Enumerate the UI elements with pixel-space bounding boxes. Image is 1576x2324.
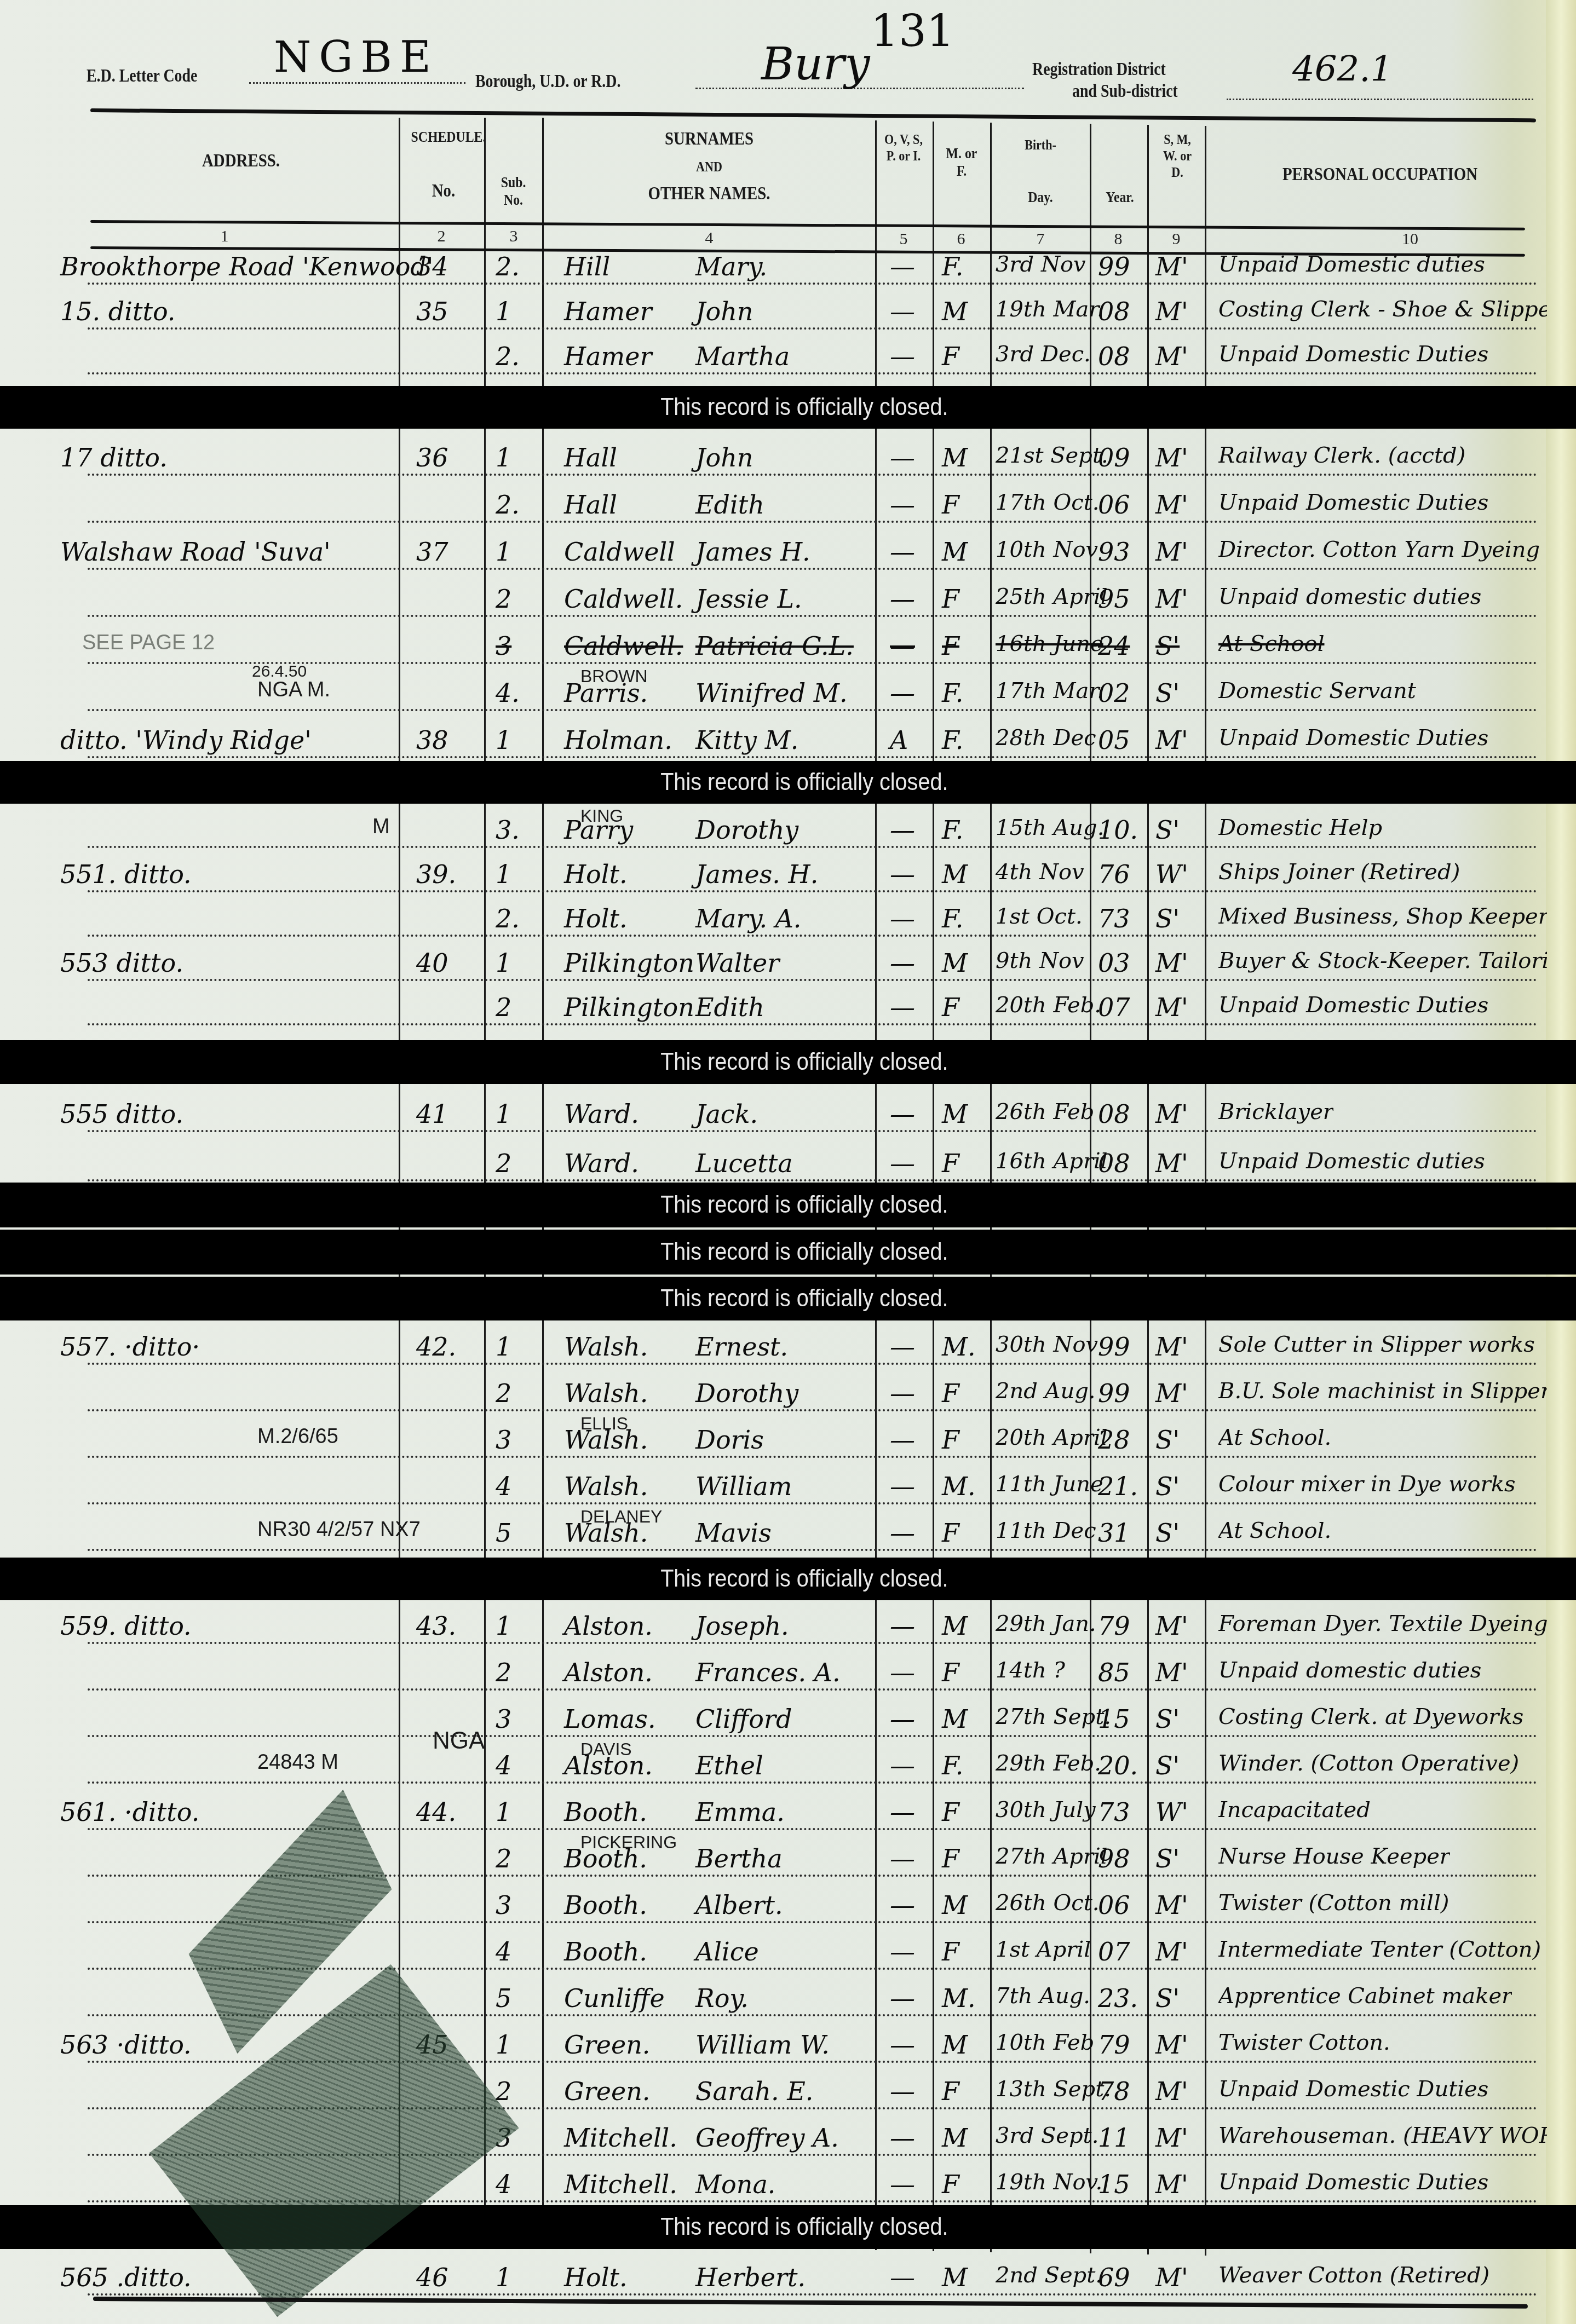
cell-surname: Walsh. bbox=[564, 1379, 648, 1408]
cell-surname: Hall bbox=[564, 490, 617, 520]
cell-sex: F. bbox=[942, 252, 963, 281]
cell-sub: 1 bbox=[496, 1611, 511, 1641]
table-row: 17 ditto.361HallJohn—M21st Sept.09M'Rail… bbox=[0, 430, 1576, 477]
col-header-address: ADDRESS. bbox=[129, 151, 353, 171]
cell-year: 73 bbox=[1098, 1797, 1130, 1827]
cell-occupation: Unpaid Domestic Duties bbox=[1218, 993, 1488, 1018]
cell-occupation: Unpaid domestic duties bbox=[1218, 1658, 1481, 1683]
cell-address: 555 ditto. bbox=[60, 1099, 183, 1129]
cell-forename: Mary. A. bbox=[695, 904, 801, 933]
row-rule bbox=[88, 709, 1538, 711]
cell-day: 29th Jan. bbox=[996, 1611, 1096, 1636]
cell-sex: F. bbox=[942, 904, 963, 933]
cell-sub: 1 bbox=[496, 1797, 511, 1827]
cell-forename: Walter bbox=[695, 948, 779, 978]
cell-sex: F bbox=[942, 631, 959, 661]
cell-no: 39. bbox=[416, 860, 456, 889]
cell-ovspi: — bbox=[890, 1099, 915, 1129]
cell-day: 19th Mar. bbox=[996, 297, 1104, 322]
row-rule bbox=[88, 2014, 1538, 2016]
cell-sub: 4 bbox=[496, 2170, 511, 2199]
cell-ovspi: — bbox=[890, 443, 915, 472]
row-rule bbox=[88, 568, 1538, 570]
cell-day: 27th Sept. bbox=[996, 1704, 1111, 1729]
cell-sub: 1 bbox=[496, 2263, 511, 2292]
cell-occupation: At School. bbox=[1218, 1425, 1331, 1450]
cell-no: 43. bbox=[416, 1611, 456, 1641]
surname-correction-annotation: DELANEY bbox=[580, 1507, 662, 1527]
surname-correction-annotation: DAVIS bbox=[580, 1739, 632, 1760]
table-row: NR30 4/2/57 NX75Walsh.Mavis—F11th Dec31S… bbox=[0, 1506, 1576, 1552]
closed-record-band: This record is officially closed. bbox=[0, 386, 1576, 429]
cell-forename: Ernest. bbox=[695, 1332, 788, 1362]
cell-occupation: Winder. (Cotton Operative) bbox=[1218, 1751, 1519, 1776]
cell-forename: Emma. bbox=[695, 1797, 785, 1827]
cell-no: 37 bbox=[416, 537, 448, 567]
cell-day: 27th April bbox=[996, 1844, 1108, 1869]
cell-status: M' bbox=[1155, 1149, 1188, 1178]
col-header-schedule: SCHEDULE. bbox=[411, 129, 476, 146]
row-rule bbox=[88, 846, 1538, 848]
table-row: ditto. 'Windy Ridge'381Holman.Kitty M.AF… bbox=[0, 712, 1576, 759]
row-rule bbox=[88, 979, 1538, 981]
cell-ovspi: — bbox=[890, 1425, 915, 1455]
cell-sub: 2 bbox=[496, 993, 511, 1022]
cell-ovspi: — bbox=[890, 1149, 915, 1178]
cell-occupation: Railway Clerk. (acctd) bbox=[1218, 443, 1465, 468]
cell-day: 28th Dec bbox=[996, 725, 1096, 751]
cell-sub: 3 bbox=[496, 1425, 511, 1455]
surname-correction-annotation: KING bbox=[580, 806, 623, 826]
row-rule bbox=[88, 935, 1538, 937]
table-row: M3.ParryDorothy—F.15th Aug.10.S'Domestic… bbox=[0, 805, 1576, 849]
cell-sex: F bbox=[942, 1518, 959, 1548]
cell-ovspi: — bbox=[890, 815, 915, 845]
cell-ovspi: — bbox=[890, 678, 915, 708]
cell-address: ditto. 'Windy Ridge' bbox=[60, 725, 312, 755]
cell-sex: F bbox=[942, 2077, 959, 2106]
cell-surname: Alston. bbox=[564, 1658, 653, 1687]
cell-address: Brookthorpe Road 'Kenwood' bbox=[60, 252, 433, 281]
cell-surname: Walsh. bbox=[564, 1332, 648, 1362]
cell-ovspi: — bbox=[890, 1751, 915, 1780]
table-row: 4Walsh.William—M.11th June21.S'Colour mi… bbox=[0, 1459, 1576, 1506]
cell-sex: M. bbox=[942, 1332, 976, 1362]
cell-no: 42. bbox=[416, 1332, 456, 1362]
cell-day: 19th Nov. bbox=[996, 2170, 1102, 2195]
cell-forename: Patricia G.L. bbox=[695, 631, 854, 661]
cell-occupation: Apprentice Cabinet maker bbox=[1218, 1983, 1512, 2009]
cell-surname: Mitchell. bbox=[564, 2170, 677, 2199]
cell-year: 21. bbox=[1098, 1472, 1138, 1501]
cell-day: 26th Oct. bbox=[996, 1890, 1099, 1916]
cell-ovspi: — bbox=[890, 860, 915, 889]
cell-occupation: Nurse House Keeper bbox=[1218, 1844, 1450, 1869]
cell-occupation: Director. Cotton Yarn Dyeing bbox=[1218, 537, 1540, 562]
cell-year: 02 bbox=[1098, 678, 1130, 708]
cell-surname: Cunliffe bbox=[564, 1983, 665, 2013]
cell-sex: M bbox=[942, 2030, 968, 2060]
cell-sex: F. bbox=[942, 1751, 963, 1780]
cell-day: 1st Oct. bbox=[996, 904, 1083, 929]
col-header-surnames-3: OTHER NAMES. bbox=[572, 183, 847, 204]
cell-day: 30th Nov bbox=[996, 1332, 1098, 1357]
cell-address: M bbox=[372, 815, 390, 839]
row-rule bbox=[88, 756, 1538, 758]
cell-ovspi: — bbox=[890, 1983, 915, 2013]
cell-surname: Hamer bbox=[564, 342, 652, 371]
cell-occupation: Bricklayer bbox=[1218, 1099, 1333, 1124]
cell-year: 10. bbox=[1098, 815, 1138, 845]
cell-status: S' bbox=[1155, 1751, 1180, 1780]
cell-forename: Martha bbox=[695, 342, 790, 371]
col-header-surnames-1: SURNAMES bbox=[572, 129, 847, 149]
row-rule bbox=[88, 1688, 1538, 1691]
cell-forename: Herbert. bbox=[695, 2263, 806, 2292]
borough-value: Bury bbox=[761, 38, 870, 90]
col-header-sex: M. or F. bbox=[940, 145, 983, 180]
cell-status: M' bbox=[1155, 252, 1188, 281]
cell-no: 41 bbox=[416, 1099, 448, 1129]
cell-surname: Ward. bbox=[564, 1099, 639, 1129]
cell-sub: 2. bbox=[496, 252, 520, 281]
row-rule bbox=[88, 1023, 1538, 1025]
cell-sub: 1 bbox=[496, 537, 511, 567]
cell-address: 15. ditto. bbox=[60, 297, 175, 326]
cell-forename: William bbox=[695, 1472, 792, 1501]
cell-forename: Edith bbox=[695, 993, 764, 1022]
closed-record-text: This record is officially closed. bbox=[660, 769, 948, 796]
cell-status: S' bbox=[1155, 1518, 1180, 1548]
cell-occupation: At School. bbox=[1218, 1518, 1331, 1543]
cell-status: M' bbox=[1155, 342, 1188, 371]
closed-record-band: This record is officially closed. bbox=[0, 761, 1576, 804]
cell-ovspi: — bbox=[890, 2170, 915, 2199]
cell-sex: F bbox=[942, 1844, 959, 1873]
row-rule bbox=[88, 1363, 1538, 1365]
col-header-occupation: PERSONAL OCCUPATION bbox=[1240, 164, 1520, 185]
cell-day: 4th Nov bbox=[996, 860, 1084, 885]
cell-year: 95 bbox=[1098, 584, 1130, 614]
cell-status: S' bbox=[1155, 904, 1180, 933]
surname-correction-annotation: PICKERING bbox=[580, 1832, 677, 1853]
registration-value: 462.1 bbox=[1292, 49, 1393, 90]
cell-year: 08 bbox=[1098, 342, 1130, 371]
table-row: M.2/6/653Walsh.Doris—F20th April28S'At S… bbox=[0, 1412, 1576, 1459]
page-number: 131 bbox=[871, 5, 954, 56]
cell-day: 25th April bbox=[996, 584, 1108, 609]
cell-occupation: At School bbox=[1218, 631, 1325, 656]
cell-forename: Kitty M. bbox=[695, 725, 798, 755]
cell-forename: Mona. bbox=[695, 2170, 775, 2199]
cell-ovspi: — bbox=[890, 297, 915, 326]
table-row: 2PilkingtonEdith—F20th Feb.07M'Unpaid Do… bbox=[0, 982, 1576, 1027]
cell-sub: 1 bbox=[496, 725, 511, 755]
cell-sub: 1 bbox=[496, 860, 511, 889]
cell-address: NR30 4/2/57 NX7 bbox=[257, 1518, 421, 1542]
ed-letter-code-value: NGBE bbox=[274, 33, 439, 82]
cell-forename: Doris bbox=[695, 1425, 764, 1455]
cell-no: 44. bbox=[416, 1797, 456, 1827]
cell-year: 06 bbox=[1098, 1890, 1130, 1920]
cell-sex: F. bbox=[942, 678, 963, 708]
cell-sub: 2 bbox=[496, 1844, 511, 1873]
closed-record-text: This record is officially closed. bbox=[660, 1565, 948, 1593]
cell-ovspi: — bbox=[890, 1379, 915, 1408]
cell-sub: 4 bbox=[496, 1472, 511, 1501]
cell-sub: 4 bbox=[496, 1937, 511, 1967]
table-row: 553 ditto.401PilkingtonWalter—M9th Nov03… bbox=[0, 938, 1576, 982]
cell-status: W' bbox=[1155, 1797, 1188, 1827]
col-header-birth: Birth- bbox=[1001, 137, 1080, 153]
cell-sex: F bbox=[942, 1658, 959, 1687]
cell-status: M' bbox=[1155, 1658, 1188, 1687]
cell-year: 79 bbox=[1098, 2030, 1130, 2060]
row-rule bbox=[88, 372, 1538, 374]
cell-ovspi: — bbox=[890, 1332, 915, 1362]
closed-record-text: This record is officially closed. bbox=[660, 1191, 948, 1219]
cell-day: 20th Feb. bbox=[996, 993, 1101, 1018]
cell-ovspi: — bbox=[890, 1472, 915, 1501]
cell-day: 1st April bbox=[996, 1937, 1091, 1962]
cell-ovspi: — bbox=[890, 490, 915, 520]
cell-ovspi: — bbox=[890, 1611, 915, 1641]
cell-day: 17th Mar. bbox=[996, 678, 1104, 703]
cell-address: 563 ·ditto. bbox=[60, 2030, 192, 2060]
cell-no: 38 bbox=[416, 725, 448, 755]
cell-year: 28 bbox=[1098, 1425, 1130, 1455]
cell-year: 07 bbox=[1098, 993, 1130, 1022]
cell-address: 551. ditto. bbox=[60, 860, 192, 889]
cell-forename: Frances. A. bbox=[695, 1658, 841, 1687]
cell-ovspi: — bbox=[890, 2030, 915, 2060]
cell-day: 16th June bbox=[996, 631, 1103, 656]
row-rule bbox=[88, 474, 1538, 476]
cell-sub: 4. bbox=[496, 678, 520, 708]
cell-occupation: Domestic Help bbox=[1218, 815, 1382, 840]
cell-sex: F bbox=[942, 342, 959, 371]
cell-forename: Jessie L. bbox=[695, 584, 802, 614]
cell-ovspi: A bbox=[890, 725, 908, 755]
cell-occupation: Unpaid Domestic duties bbox=[1218, 1149, 1485, 1174]
cell-forename: Ethel bbox=[695, 1751, 763, 1780]
cell-forename: John bbox=[695, 443, 753, 472]
cell-sex: M bbox=[942, 948, 968, 978]
cell-year: 08 bbox=[1098, 297, 1130, 326]
cell-ovspi: — bbox=[890, 1704, 915, 1734]
cell-surname: Green. bbox=[564, 2030, 650, 2060]
cell-year: 73 bbox=[1098, 904, 1130, 933]
cell-day: 17th Oct. bbox=[996, 490, 1099, 515]
cell-sex: M bbox=[942, 2263, 968, 2292]
row-rule bbox=[88, 1130, 1538, 1132]
cell-forename: John bbox=[695, 297, 753, 326]
row-rule bbox=[88, 282, 1538, 285]
schedule-annotation: NGA bbox=[433, 1727, 485, 1755]
cell-address: Walshaw Road 'Suva' bbox=[60, 537, 331, 567]
registration-label-2: and Sub-district bbox=[1072, 81, 1178, 102]
cell-address: M.2/6/65 bbox=[257, 1425, 338, 1449]
registration-line bbox=[1227, 99, 1533, 100]
cell-sex: M. bbox=[942, 1983, 976, 2013]
cell-sex: M bbox=[942, 1890, 968, 1920]
table-row: 2Walsh.Dorothy—F2nd Aug.99M'B.U. Sole ma… bbox=[0, 1366, 1576, 1412]
cell-surname: Ward. bbox=[564, 1149, 639, 1178]
cell-status: M' bbox=[1155, 297, 1188, 326]
cell-sub: 3 bbox=[496, 1890, 511, 1920]
cell-sex: M bbox=[942, 860, 968, 889]
cell-surname: Lomas. bbox=[564, 1704, 656, 1734]
cell-day: 10th Feb bbox=[996, 2030, 1094, 2055]
cell-surname: Hamer bbox=[564, 297, 652, 326]
cell-year: 07 bbox=[1098, 1937, 1130, 1967]
closed-record-text: This record is officially closed. bbox=[660, 394, 948, 421]
cell-surname: Caldwell. bbox=[564, 631, 683, 661]
cell-day: 9th Nov bbox=[996, 948, 1084, 973]
cell-year: 05 bbox=[1098, 725, 1130, 755]
cell-status: M' bbox=[1155, 1332, 1188, 1362]
cell-address: 553 ditto. bbox=[60, 948, 183, 978]
cell-occupation: Incapacitated bbox=[1218, 1797, 1371, 1823]
cell-status: M' bbox=[1155, 725, 1188, 755]
cell-forename: Jack. bbox=[695, 1099, 758, 1129]
cell-year: 79 bbox=[1098, 1611, 1130, 1641]
cell-year: 06 bbox=[1098, 490, 1130, 520]
cell-status: M' bbox=[1155, 2263, 1188, 2292]
closed-record-text: This record is officially closed. bbox=[660, 1048, 948, 1076]
cell-sub: 1 bbox=[496, 1099, 511, 1129]
cell-sub: 2 bbox=[496, 1149, 511, 1178]
cell-status: S' bbox=[1155, 678, 1180, 708]
cell-forename: Mary. bbox=[695, 252, 767, 281]
cell-forename: James. H. bbox=[695, 860, 818, 889]
cell-sex: F bbox=[942, 490, 959, 520]
cell-status: M' bbox=[1155, 443, 1188, 472]
cell-sub: 2 bbox=[496, 1379, 511, 1408]
cell-address: 17 ditto. bbox=[60, 443, 168, 472]
cell-address: NGA M. bbox=[257, 678, 330, 702]
table-row: Walshaw Road 'Suva'371CaldwellJames H.—M… bbox=[0, 524, 1576, 571]
cell-sex: M bbox=[942, 443, 968, 472]
row-rule bbox=[88, 890, 1538, 892]
closed-record-text: This record is officially closed. bbox=[660, 1238, 948, 1266]
table-row: 2Ward.Lucetta—F16th April08M'Unpaid Dome… bbox=[0, 1133, 1576, 1183]
table-row: SEE PAGE 123Caldwell.Patricia G.L.—F16th… bbox=[0, 618, 1576, 665]
cell-sub: 1 bbox=[496, 2030, 511, 2060]
cell-forename: Dorothy bbox=[695, 815, 798, 845]
col-header-surnames-2: AND bbox=[572, 159, 847, 175]
cell-sex: M. bbox=[942, 1472, 976, 1501]
col-header-birth-day: Day. bbox=[1001, 189, 1080, 206]
cell-sex: F. bbox=[942, 725, 963, 755]
cell-forename: Joseph. bbox=[695, 1611, 789, 1641]
cell-address: 565 .ditto. bbox=[60, 2263, 192, 2292]
cell-occupation: Weaver Cotton (Retired) bbox=[1218, 2263, 1489, 2288]
cell-sex: F bbox=[942, 584, 959, 614]
cell-day: 20th April bbox=[996, 1425, 1108, 1450]
table-row: NGA M.4.Parris.Winifred M.—F.17th Mar.02… bbox=[0, 665, 1576, 712]
table-row: 24843 M4Alston.Ethel—F.29th Feb.20.S'Win… bbox=[0, 1738, 1576, 1785]
cell-day: 16th April bbox=[996, 1149, 1108, 1174]
cell-year: 20. bbox=[1098, 1751, 1138, 1780]
cell-status: M' bbox=[1155, 537, 1188, 567]
cell-occupation: Unpaid Domestic Duties bbox=[1218, 2077, 1488, 2102]
cell-day: 10th Nov bbox=[996, 537, 1098, 562]
cell-status: S' bbox=[1155, 1704, 1180, 1734]
cell-year: 24 bbox=[1098, 631, 1130, 661]
cell-occupation: Unpaid domestic duties bbox=[1218, 584, 1481, 609]
cell-occupation: Ships Joiner (Retired) bbox=[1218, 860, 1460, 885]
cell-sub: 2. bbox=[496, 904, 520, 933]
table-row: 2Caldwell.Jessie L.—F25th April95M'Unpai… bbox=[0, 571, 1576, 618]
cell-surname: Booth. bbox=[564, 1937, 647, 1967]
cell-forename: Edith bbox=[695, 490, 764, 520]
cell-year: 31 bbox=[1098, 1518, 1130, 1548]
cell-surname: Holman. bbox=[564, 725, 672, 755]
table-row: 2.Holt.Mary. A.—F.1st Oct.73S'Mixed Busi… bbox=[0, 893, 1576, 938]
cell-status: S' bbox=[1155, 1425, 1180, 1455]
cell-sub: 3. bbox=[496, 815, 520, 845]
cell-sex: F bbox=[942, 1149, 959, 1178]
cell-forename: Bertha bbox=[695, 1844, 783, 1873]
cell-forename: Alice bbox=[695, 1937, 759, 1967]
cell-sub: 2 bbox=[496, 584, 511, 614]
cell-forename: Winifred M. bbox=[695, 678, 848, 708]
cell-occupation: Foreman Dyer. Textile Dyeing bbox=[1218, 1611, 1547, 1636]
cell-sub: 1 bbox=[496, 948, 511, 978]
cell-year: 03 bbox=[1098, 948, 1130, 978]
closed-record-band: This record is officially closed. bbox=[0, 1230, 1576, 1275]
row-rule bbox=[88, 1549, 1538, 1551]
cell-forename: Sarah. E. bbox=[695, 2077, 813, 2106]
cell-occupation: Unpaid Domestic duties bbox=[1218, 252, 1485, 277]
cell-ovspi: — bbox=[890, 948, 915, 978]
cell-no: 34 bbox=[416, 252, 448, 281]
cell-year: 15 bbox=[1098, 1704, 1130, 1734]
cell-forename: William W. bbox=[695, 2030, 830, 2060]
cell-no: 35 bbox=[416, 297, 448, 326]
cell-sex: F bbox=[942, 1425, 959, 1455]
cell-occupation: B.U. Sole machinist in Slipper bbox=[1218, 1379, 1547, 1404]
cell-ovspi: — bbox=[890, 2077, 915, 2106]
cell-day: 7th Aug. bbox=[996, 1983, 1090, 2009]
table-row: 2.HamerMartha—F3rd Dec.08M'Unpaid Domest… bbox=[0, 331, 1576, 376]
cell-status: M' bbox=[1155, 2030, 1188, 2060]
cell-forename: Dorothy bbox=[695, 1379, 798, 1408]
cell-ovspi: — bbox=[890, 1937, 915, 1967]
cell-occupation: Twister (Cotton mill) bbox=[1218, 1890, 1449, 1916]
cell-year: 11 bbox=[1098, 2123, 1130, 2153]
cell-forename: James H. bbox=[695, 537, 810, 567]
cell-year: 15 bbox=[1098, 2170, 1130, 2199]
ed-letter-code-line bbox=[249, 82, 465, 84]
cell-forename: Mavis bbox=[695, 1518, 772, 1548]
cell-no: 36 bbox=[416, 443, 448, 472]
cell-sub: 2. bbox=[496, 490, 520, 520]
cell-occupation: Costing Clerk - Shoe & Slipper bbox=[1218, 297, 1547, 322]
cell-day: 14th ? bbox=[996, 1658, 1065, 1683]
col-header-sub-no: Sub. No. bbox=[491, 174, 536, 209]
cell-ovspi: — bbox=[890, 904, 915, 933]
col-header-ovspi: O, V, S, P. or I. bbox=[882, 131, 925, 164]
surname-correction-annotation: BROWN bbox=[580, 666, 648, 687]
cell-sub: 1 bbox=[496, 297, 511, 326]
cell-day: 2nd Aug. bbox=[996, 1379, 1096, 1404]
cell-forename: Geoffrey A. bbox=[695, 2123, 839, 2153]
cell-address: 561. ·ditto. bbox=[60, 1797, 199, 1827]
cell-ovspi: — bbox=[890, 2263, 915, 2292]
closed-record-text: This record is officially closed. bbox=[660, 2213, 948, 2241]
